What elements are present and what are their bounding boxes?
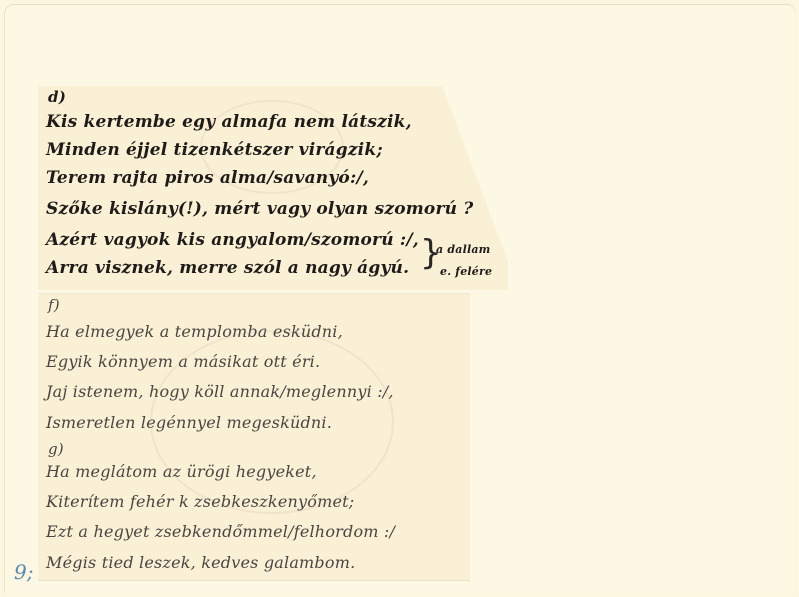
section-g-label: g) bbox=[48, 440, 64, 458]
section-g-line-3: Ezt a hegyet zsebkendőmmel/felhordom :/ bbox=[46, 522, 395, 541]
margin-note-line-1: a dallam bbox=[436, 243, 491, 256]
section-d-line-3: Terem rajta piros alma/savanyó:/, bbox=[46, 168, 369, 188]
page-number: 9; bbox=[14, 560, 33, 584]
section-d-line-1: Kis kertembe egy almafa nem látszik, bbox=[46, 112, 412, 132]
section-f-line-2: Egyik könnyem a másikat ott éri. bbox=[46, 352, 320, 371]
section-f-line-3: Jaj istenem, hogy köll annak/meglennyi :… bbox=[46, 382, 394, 401]
section-d-line-5: Azért vagyok kis angyalom/szomorú :/, bbox=[46, 230, 419, 250]
margin-note-line-2: e. felére bbox=[440, 265, 492, 278]
section-f-line-4: Ismeretlen legénnyel megesküdni. bbox=[46, 413, 332, 432]
section-g-line-2: Kiterítem fehér k zsebkeszkenyőmet; bbox=[46, 492, 354, 511]
section-f-label: f) bbox=[48, 296, 60, 314]
section-d-line-6: Arra visznek, merre szól a nagy ágyú. bbox=[46, 258, 409, 278]
section-d-label: d) bbox=[48, 88, 66, 106]
section-g-line-4: Mégis tied leszek, kedves galambom. bbox=[46, 553, 355, 572]
section-d-line-2: Minden éjjel tizenkétszer virágzik; bbox=[46, 140, 383, 160]
section-f-line-1: Ha elmegyek a templomba esküdni, bbox=[46, 322, 343, 341]
section-d-line-4: Szőke kislány(!), mért vagy olyan szomor… bbox=[46, 199, 473, 219]
section-g-line-1: Ha meglátom az ürögi hegyeket, bbox=[46, 462, 317, 481]
